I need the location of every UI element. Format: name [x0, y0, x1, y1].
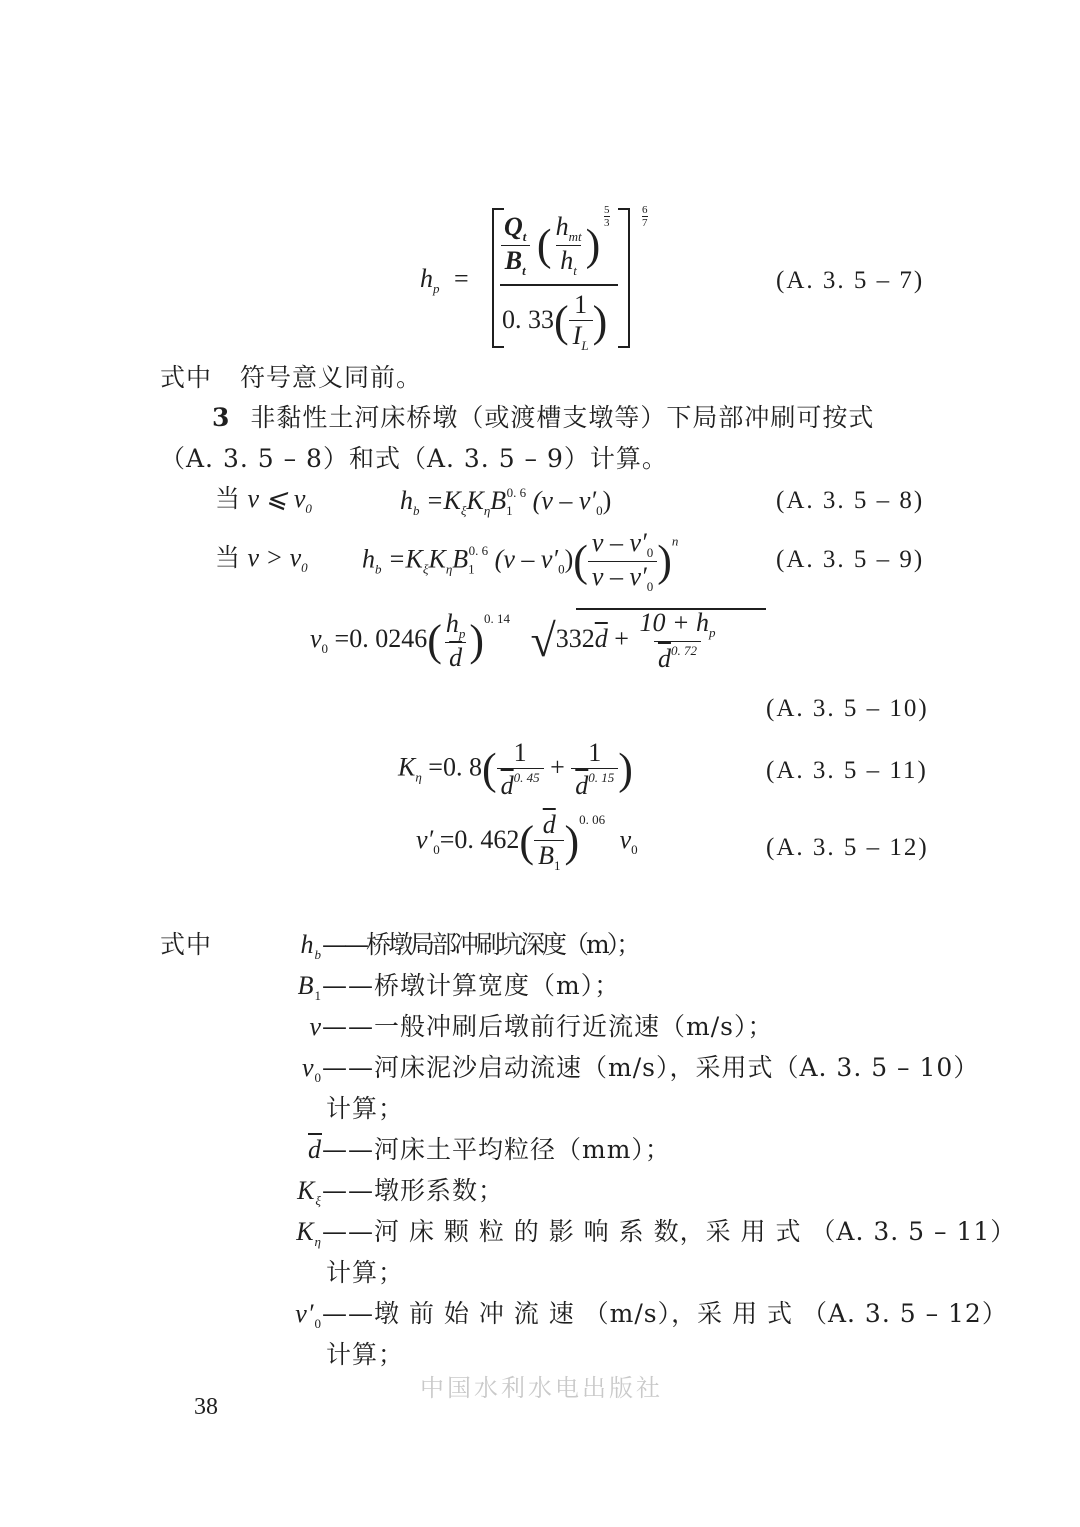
eq9-condition: 当 v > v0 — [215, 545, 308, 574]
eq7-denominator: 0. 33( 1 IL ) — [502, 292, 607, 352]
inner-exponent: 5 3 — [604, 204, 610, 229]
eq7-lhs: hp = — [420, 266, 469, 295]
definition-item: v——一般冲刷后墩前行近流速（m/s）； — [236, 1014, 773, 1043]
eq12-body: v′0=0. 462( d B1 )0. 06 v0 — [416, 812, 638, 872]
eq8-body: hb =KξKηB10. 6 (v – v′0) — [400, 486, 611, 517]
note-same-meaning: 式中符号意义同前。 — [160, 365, 422, 390]
definition-item: v′0——墩 前 始 冲 流 速 （m/s），采 用 式 （A. 3. 5 – … — [236, 1301, 1008, 1330]
equation-number: (A. 3. 5 – 11) — [766, 757, 928, 785]
definition-item: hb——桥墩局部冲刷坑深度（m）； — [236, 932, 638, 961]
eq7-numerator: Qt Bt ( hmt ht ) — [500, 214, 600, 277]
equation-number: (A. 3. 5 – 10) — [766, 695, 929, 723]
definition-continuation: 计算； — [326, 1096, 404, 1121]
sqrt-overline — [576, 608, 766, 610]
eq9-body: hb =KξKηB10. 6 (v – v′0)( v – v′0 v – v′… — [362, 530, 678, 593]
publisher-watermark: 中国水利水电出版社 — [420, 1368, 663, 1403]
clause-3-line2: （A. 3. 5 – 8）和式（A. 3. 5 – 9）计算。 — [160, 446, 668, 471]
definition-item: v0——河床泥沙启动流速（m/s），采用式（A. 3. 5 – 10） — [236, 1055, 979, 1084]
definition-item: d——河床土平均粒径（mm）； — [236, 1137, 671, 1163]
eq8-condition: 当 v ⩽ v0 — [215, 486, 312, 515]
page-number: 38 — [194, 1394, 218, 1421]
definition-item: B1——桥墩计算宽度（m）； — [236, 973, 620, 1002]
definition-continuation: 计算； — [326, 1260, 404, 1285]
eq11-body: Kη =0. 8( 1 d0. 45 + 1 d0. 15 ) — [398, 740, 633, 799]
main-fraction-bar — [500, 284, 618, 286]
definition-continuation: 计算； — [326, 1342, 404, 1367]
right-bracket — [618, 208, 630, 348]
definitions-label: 式中 — [160, 932, 212, 957]
equation-number: (A. 3. 5 – 8) — [776, 487, 924, 515]
definition-item: Kη——河 床 颗 粒 的 影 响 系 数，采 用 式 （A. 3. 5 – 1… — [236, 1219, 1016, 1248]
clause-3-line1: 3非黏性土河床桥墩（或渡槽支墩等）下局部冲刷可按式 — [212, 405, 874, 430]
equation-number: (A. 3. 5 – 12) — [766, 834, 929, 862]
eq10-body: v0 =0. 0246( hp d )0. 14 √ 332d + 10 + h… — [310, 610, 720, 672]
outer-exponent: 6 7 — [642, 204, 648, 229]
definition-item: Kξ——墩形系数； — [236, 1178, 504, 1207]
equation-number: (A. 3. 5 – 9) — [776, 546, 924, 574]
equation-number: (A. 3. 5 – 7) — [776, 267, 924, 295]
